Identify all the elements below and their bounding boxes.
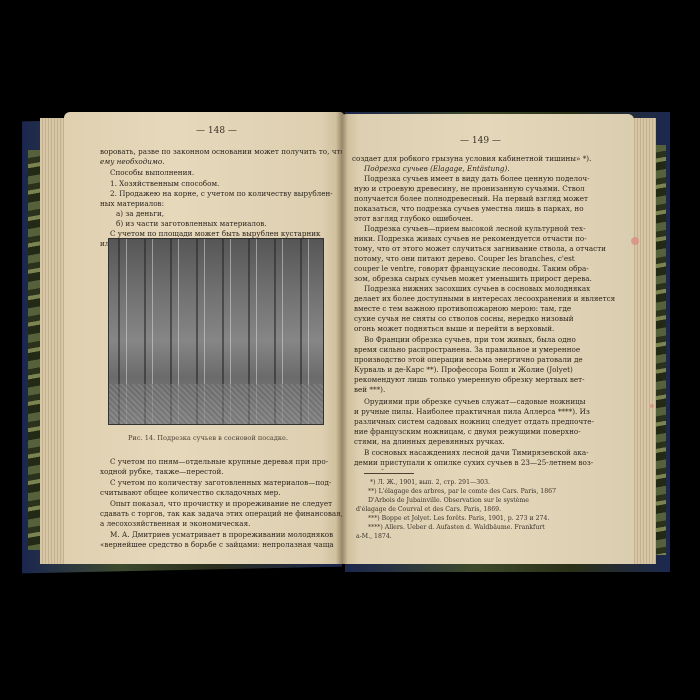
figure-caption: Рис. 14. Подрезка сучьев в сосновой поса… — [128, 434, 288, 442]
text-line: ных материалов: — [100, 199, 164, 209]
text-line: потому, что они питают дерево. Couper le… — [354, 254, 575, 264]
gutter-shadow — [336, 112, 348, 564]
text-line: М. А. Дмитриев усматривает в прореживани… — [110, 530, 333, 540]
left-page: — 148 — воровать, разве по законном осно… — [64, 112, 344, 564]
text-line: а лесохозяйственная и экономическая. — [100, 519, 250, 529]
text-line: Орудиями при обрезке сучьев служат—садов… — [364, 397, 585, 407]
text-line: В сосновых насаждениях лесной дачи Тимир… — [364, 448, 589, 458]
text-line: показаться, что подрезка сучьев уместна … — [354, 204, 584, 214]
text-line: создает для робкого грызуна условия каби… — [352, 154, 591, 164]
text-line: получается более полнодревесный. На перв… — [354, 194, 588, 204]
footnote: ***) Boppe et Jolyet. Les forêts. Paris,… — [368, 514, 549, 523]
text-line: огонь может подняться выше и перейти в в… — [354, 324, 554, 334]
footnote: a-M., 1874. — [356, 532, 392, 541]
text-line: рекомендуют лишь только умеренную обрезк… — [354, 375, 585, 385]
page-number: — 149 — — [460, 136, 501, 146]
footnotes-area: *) Л. Ж., 1901, вып. 2, стр. 291—303. **… — [342, 470, 634, 564]
text-line: сдавать с торгов, так как задача этих оп… — [100, 509, 343, 519]
text-line: время сильно распространена. За правильн… — [354, 345, 580, 355]
text-line: couper le ventre, говорят французские ле… — [354, 264, 589, 274]
footnote-rule — [364, 473, 414, 474]
section-heading: Способы выполнения. — [110, 168, 194, 178]
text-line: С учетом по количеству заготовленных мат… — [110, 478, 331, 488]
text-line: делает их более доступными в интересах л… — [354, 294, 615, 304]
text-line: стями, на длинных деревянных ручках. — [354, 437, 505, 447]
text-line: С учетом по пням—отдельные крупные дерев… — [110, 457, 328, 467]
forest-photo-figure — [108, 238, 324, 425]
footnote: ****) Allers. Ueber d. Aufasten d. Waldb… — [368, 523, 545, 532]
text-line: «вернейшее средство в борьбе с зайцами: … — [100, 540, 334, 550]
text-line: Подрезка сучьев—прием высокой лесной кул… — [364, 224, 586, 234]
section-heading: Подрезка сучьев (Elagage, Entästung). — [364, 164, 510, 174]
text-line: вей ***). — [354, 385, 385, 395]
text-line: различных систем садовых ножниц следует … — [354, 417, 594, 427]
text-line: и ручные пилы. Наиболее практичная пила … — [354, 407, 590, 417]
footnote: D'Arbois de Jubainville. Observation sur… — [368, 496, 529, 505]
footnote: *) Л. Ж., 1901, вып. 2, стр. 291—303. — [370, 478, 490, 487]
text-line: воровать, разве по законном основании мо… — [100, 147, 344, 157]
text-line: ники. Подрезка живых сучьев не рекоменду… — [354, 234, 587, 244]
text-line: б) из части заготовленных материалов. — [116, 219, 267, 229]
text-line: Во Франции обрезка сучьев, при том живых… — [364, 335, 576, 345]
text-line: 1. Хозяйственным способом. — [110, 179, 219, 189]
text-line: зом, обрезка сырых сучьев может уменьшит… — [354, 274, 592, 284]
foxing-spot — [650, 404, 654, 408]
footnote: d'élagage de Courval et des Cars. Paris,… — [356, 505, 501, 514]
text-line: сухие сучья не сняты со стволов сосны, н… — [354, 314, 574, 324]
text-line: Опыт показал, что прочистку и прореживан… — [110, 499, 332, 509]
text-line: вместе с тем важною противопожарною меро… — [354, 304, 571, 314]
text-line: считывают общее количество складочных ме… — [100, 488, 281, 498]
text-line: демии приступали к опилке сухих сучьев в… — [354, 458, 593, 468]
footnote: **) L'élagage des arbres, par le comte d… — [368, 487, 556, 496]
text-line: Подрезка сучьев имеет в виду дать более … — [364, 174, 590, 184]
text-line: а) за деньги, — [116, 209, 164, 219]
text-line: ему необходимо. — [100, 157, 165, 167]
text-line: производство этой операции весьма энерги… — [354, 355, 583, 365]
text-line: 2. Продажею на корне, с учетом по количе… — [110, 189, 333, 199]
foxing-spot — [631, 237, 639, 245]
text-line: Курваль и де-Карс **). Профессора Бопп и… — [354, 365, 573, 375]
page-stack-left — [40, 118, 66, 564]
text-line: тому, что от этого может случиться загни… — [354, 244, 606, 254]
text-line: ную и строевую древесину, не пронизанную… — [354, 184, 585, 194]
text-line: Подрезка нижних засохших сучьев в соснов… — [364, 284, 590, 294]
page-stack-right — [632, 118, 656, 564]
page-number: — 148 — — [196, 126, 237, 136]
text-line: ходной рубке, также—перестой. — [100, 467, 224, 477]
text-line: ние французским ножницам, с двумя режущи… — [354, 427, 581, 437]
text-line: этот взгляд глубоко ошибочен. — [354, 214, 473, 224]
